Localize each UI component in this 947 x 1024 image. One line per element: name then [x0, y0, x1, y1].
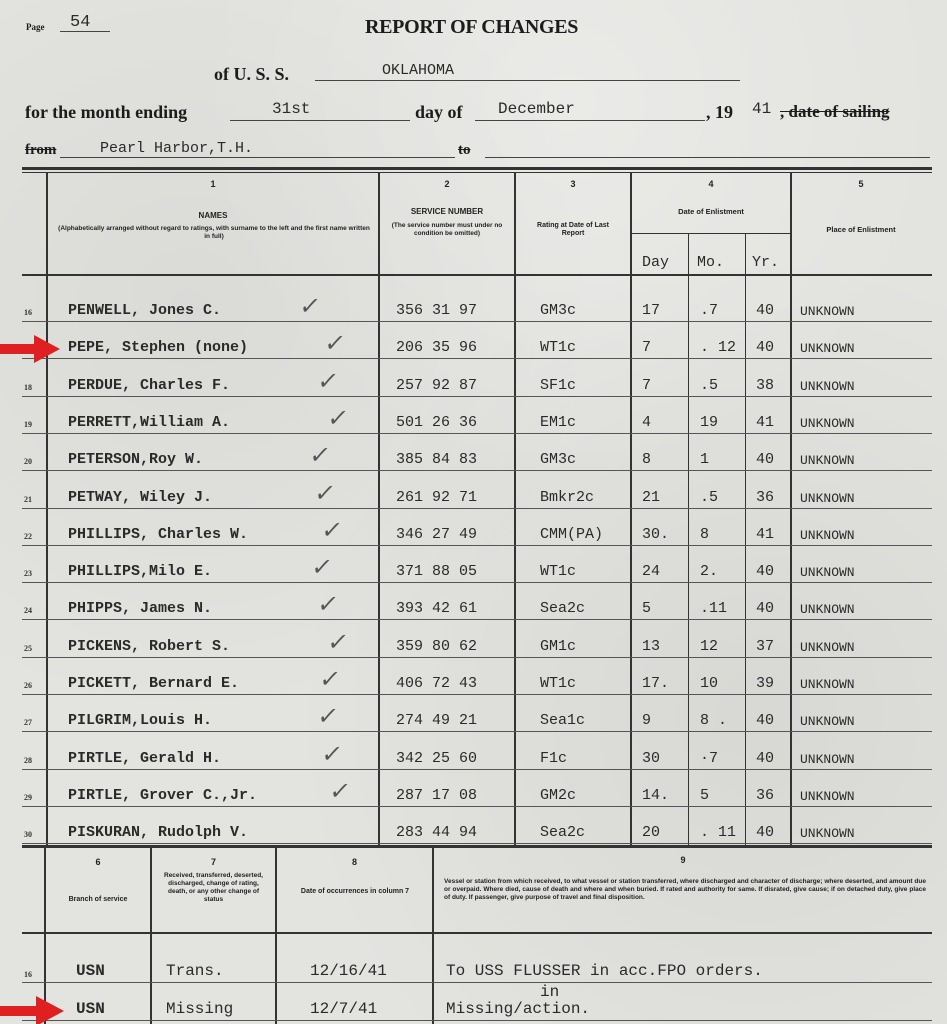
day-value: 31st	[272, 100, 310, 118]
row-number: 16	[24, 970, 32, 979]
month-value: December	[498, 100, 575, 118]
cell-name: PHIPPS, James N.	[68, 600, 212, 617]
cell-rating: CMM(PA)	[540, 526, 603, 543]
page-number: 54	[70, 13, 90, 32]
cell-date: 12/7/41	[310, 1000, 377, 1018]
cell-rating: GM1c	[540, 638, 576, 655]
cell-day: 20	[642, 824, 660, 841]
cell-day: 21	[642, 489, 660, 506]
cell-remarks: Missing/action.	[446, 1000, 590, 1018]
cell-rating: GM2c	[540, 787, 576, 804]
check-mark-icon: ✓	[318, 665, 343, 693]
cell-place: UNKNOWN	[800, 752, 855, 767]
col1-note: (Alphabetically arranged without regard …	[55, 225, 373, 241]
cell-branch: USN	[76, 1000, 105, 1018]
col2-number: 2	[380, 180, 514, 188]
col2-title: SERVICE NUMBER	[380, 208, 514, 216]
upper-col-border-3	[630, 173, 632, 845]
row-number: 16	[24, 308, 32, 317]
row-rule	[22, 321, 932, 322]
col6-title: Branch of service	[46, 896, 150, 904]
cell-place: UNKNOWN	[800, 416, 855, 431]
cell-day: 8	[642, 451, 651, 468]
cell-mo: .7	[700, 302, 718, 319]
cell-rating: WT1c	[540, 675, 576, 692]
cell-service: 356 31 97	[396, 302, 477, 319]
col4-sub-day: Day	[642, 254, 669, 271]
col4-number: 4	[632, 180, 790, 188]
cell-service: 406 72 43	[396, 675, 477, 692]
upper-col-border-4	[688, 234, 689, 845]
cell-service: 257 92 87	[396, 377, 477, 394]
ship-name-underline	[315, 80, 740, 81]
cell-remarks: To USS FLUSSER in acc.FPO orders.	[446, 962, 763, 980]
col7-title: Received, transferred, deserted, dischar…	[160, 872, 267, 904]
day-underline	[230, 120, 410, 121]
check-mark-icon: ✓	[310, 553, 335, 581]
ship-name: OKLAHOMA	[382, 62, 454, 79]
cell-yr: 41	[756, 414, 774, 431]
cell-name: PERDUE, Charles F.	[68, 377, 230, 394]
row-number: 22	[24, 532, 32, 541]
upper-col-border-0	[46, 173, 48, 845]
row-rule	[22, 1020, 932, 1021]
cell-rating: F1c	[540, 750, 567, 767]
cell-name: PETERSON,Roy W.	[68, 451, 203, 468]
cell-yr: 38	[756, 377, 774, 394]
lower-col-border-3	[432, 848, 434, 1024]
cell-place: UNKNOWN	[800, 379, 855, 394]
cell-day: 14.	[642, 787, 669, 804]
check-mark-icon: ✓	[308, 441, 333, 469]
cell-rating: WT1c	[540, 339, 576, 356]
col9-title: Vessel or station from which received, t…	[444, 878, 926, 902]
upper-header-bottom-border	[22, 274, 932, 276]
cell-name: PIRTLE, Grover C.,Jr.	[68, 787, 257, 804]
cell-rating: Sea2c	[540, 600, 585, 617]
check-mark-icon: ✓	[328, 777, 353, 805]
cell-place: UNKNOWN	[800, 789, 855, 804]
row-number: 26	[24, 681, 32, 690]
cell-name: PHILLIPS, Charles W.	[68, 526, 248, 543]
cell-rating: SF1c	[540, 377, 576, 394]
cell-yr: 39	[756, 675, 774, 692]
page-number-underline	[60, 31, 110, 32]
cell-rating: WT1c	[540, 563, 576, 580]
cell-day: 7	[642, 377, 651, 394]
cell-day: 30.	[642, 526, 669, 543]
row-number: 20	[24, 457, 32, 466]
row-rule	[22, 508, 932, 509]
cell-service: 342 25 60	[396, 750, 477, 767]
cell-place: UNKNOWN	[800, 528, 855, 543]
check-mark-icon: ✓	[316, 702, 341, 730]
cell-rating: GM3c	[540, 302, 576, 319]
cell-mo: 8 .	[700, 712, 727, 729]
row-rule	[22, 731, 932, 732]
cell-mo: ·7	[700, 750, 718, 767]
cell-yr: 40	[756, 302, 774, 319]
cell-status: Missing	[166, 1000, 233, 1018]
cell-name: PISKURAN, Rudolph V.	[68, 824, 248, 841]
cell-yr: 36	[756, 489, 774, 506]
col4-sub-year: Yr.	[752, 254, 779, 271]
cell-mo: 10	[700, 675, 718, 692]
check-mark-icon: ✓	[326, 628, 351, 656]
cell-yr: 40	[756, 824, 774, 841]
cell-service: 501 26 36	[396, 414, 477, 431]
col6-number: 6	[46, 858, 150, 866]
col8-title: Date of occurrences in column 7	[300, 888, 410, 896]
cell-day: 24	[642, 563, 660, 580]
cell-service: 346 27 49	[396, 526, 477, 543]
lower-col-border-1	[150, 848, 152, 1024]
cell-yr: 40	[756, 563, 774, 580]
cell-name: PHILLIPS,Milo E.	[68, 563, 212, 580]
col4-sub-month: Mo.	[697, 254, 724, 271]
day-of-label: day of	[415, 102, 463, 123]
lower-header-bottom-border	[22, 932, 932, 934]
date-of-sailing-label: , date of sailing	[780, 102, 890, 122]
row-rule	[22, 982, 932, 983]
cell-rating: Bmkr2c	[540, 489, 594, 506]
red-arrow-icon	[0, 335, 60, 363]
cell-branch: USN	[76, 962, 105, 980]
cell-place: UNKNOWN	[800, 304, 855, 319]
row-number: 21	[24, 495, 32, 504]
cell-mo: 5	[700, 787, 709, 804]
cell-mo: .5	[700, 489, 718, 506]
from-underline	[60, 157, 455, 158]
cell-service: 287 17 08	[396, 787, 477, 804]
document-title: REPORT OF CHANGES	[365, 16, 578, 39]
check-mark-icon: ✓	[320, 516, 345, 544]
row-number: 24	[24, 606, 32, 615]
cell-yr: 36	[756, 787, 774, 804]
to-label: to	[458, 142, 471, 159]
cell-service: 206 35 96	[396, 339, 477, 356]
col8-number: 8	[277, 858, 432, 866]
row-number: 18	[24, 383, 32, 392]
cell-service: 393 42 61	[396, 600, 477, 617]
cell-day: 17.	[642, 675, 669, 692]
cell-day: 7	[642, 339, 651, 356]
cell-name: PICKENS, Robert S.	[68, 638, 230, 655]
cell-day: 17	[642, 302, 660, 319]
cell-day: 13	[642, 638, 660, 655]
cell-place: UNKNOWN	[800, 602, 855, 617]
cell-yr: 37	[756, 638, 774, 655]
check-mark-icon: ✓	[316, 590, 341, 618]
cell-yr: 40	[756, 600, 774, 617]
col5-title: Place of Enlistment	[792, 226, 930, 234]
to-underline	[485, 157, 930, 158]
col7-number: 7	[152, 858, 275, 866]
cell-place: UNKNOWN	[800, 714, 855, 729]
cell-service: 261 92 71	[396, 489, 477, 506]
row-number: 19	[24, 420, 32, 429]
cell-mo: 8	[700, 526, 709, 543]
check-mark-icon: ✓	[323, 329, 348, 357]
check-mark-icon: ✓	[326, 404, 351, 432]
page-label: Page	[26, 22, 45, 32]
col2-note: (The service number must under no condit…	[390, 222, 504, 238]
row-rule	[22, 806, 932, 807]
cell-name: PEPE, Stephen (none)	[68, 339, 248, 356]
cell-name: PILGRIM,Louis H.	[68, 712, 212, 729]
year-suffix: 41	[752, 100, 771, 118]
cell-place: UNKNOWN	[800, 677, 855, 692]
row-rule	[22, 582, 932, 583]
row-rule	[22, 694, 932, 695]
col4-title: Date of Enlistment	[632, 208, 790, 216]
cell-place: UNKNOWN	[800, 341, 855, 356]
upper-col-border-2	[514, 173, 516, 845]
ship-label: of U. S. S.	[214, 64, 289, 85]
cell-day: 30	[642, 750, 660, 767]
cell-place: UNKNOWN	[800, 565, 855, 580]
cell-day: 5	[642, 600, 651, 617]
cell-mo: .11	[700, 600, 727, 617]
cell-service: 274 49 21	[396, 712, 477, 729]
col1-title: NAMES	[48, 212, 378, 220]
upper-col-border-5	[745, 234, 746, 845]
red-arrow-icon	[0, 996, 60, 1024]
cell-rating: GM3c	[540, 451, 576, 468]
cell-yr: 40	[756, 339, 774, 356]
from-value: Pearl Harbor,T.H.	[100, 140, 253, 157]
cell-place: UNKNOWN	[800, 826, 855, 841]
upper-table-top-border-2	[22, 172, 932, 173]
check-mark-icon: ✓	[320, 740, 345, 768]
cell-service: 359 80 62	[396, 638, 477, 655]
row-rule	[22, 396, 932, 397]
row-rule	[22, 358, 932, 359]
cell-mo: . 12	[700, 339, 736, 356]
row-number: 30	[24, 830, 32, 839]
col5-number: 5	[792, 180, 930, 188]
row-number: 29	[24, 793, 32, 802]
col3-number: 3	[516, 180, 630, 188]
lower-col-border-2	[275, 848, 277, 1024]
cell-status: Trans.	[166, 962, 224, 980]
cell-day: 9	[642, 712, 651, 729]
row-rule	[22, 545, 932, 546]
cell-name: PICKETT, Bernard E.	[68, 675, 239, 692]
cell-yr: 40	[756, 750, 774, 767]
cell-name: PERRETT,William A.	[68, 414, 230, 431]
upper-col-border-6	[790, 173, 792, 845]
col9-number: 9	[434, 856, 932, 864]
month-underline	[475, 120, 705, 121]
cell-date: 12/16/41	[310, 962, 387, 980]
row-number: 23	[24, 569, 32, 578]
cell-service: 371 88 05	[396, 563, 477, 580]
check-mark-icon: ✓	[316, 367, 341, 395]
row-rule	[22, 470, 932, 471]
cell-yr: 40	[756, 712, 774, 729]
cell-place: UNKNOWN	[800, 453, 855, 468]
check-mark-icon: ✓	[298, 292, 323, 320]
cell-mo: 19	[700, 414, 718, 431]
col1-number: 1	[48, 180, 378, 188]
cell-rating: EM1c	[540, 414, 576, 431]
row-rule	[22, 619, 932, 620]
cell-mo: 12	[700, 638, 718, 655]
col3-title: Rating at Date of Last Report	[530, 222, 616, 238]
cell-mo: . 11	[700, 824, 736, 841]
cell-yr: 40	[756, 451, 774, 468]
row-rule	[22, 433, 932, 434]
cell-name: PETWAY, Wiley J.	[68, 489, 212, 506]
cell-name: PIRTLE, Gerald H.	[68, 750, 221, 767]
cell-name: PENWELL, Jones C.	[68, 302, 221, 319]
upper-col-border-1	[378, 173, 380, 845]
cell-mo: .5	[700, 377, 718, 394]
date-subheader-border	[630, 233, 790, 234]
row-number: 27	[24, 718, 32, 727]
cell-yr: 41	[756, 526, 774, 543]
upper-table-top-border	[22, 167, 932, 170]
check-mark-icon: ✓	[313, 479, 338, 507]
row-number: 25	[24, 644, 32, 653]
cell-place: UNKNOWN	[800, 491, 855, 506]
row-rule	[22, 769, 932, 770]
cell-remarks-insert: in	[540, 983, 559, 1001]
cell-place: UNKNOWN	[800, 640, 855, 655]
cell-service: 385 84 83	[396, 451, 477, 468]
row-rule	[22, 657, 932, 658]
cell-day: 4	[642, 414, 651, 431]
cell-mo: 1	[700, 451, 709, 468]
lower-table-top-border	[22, 845, 932, 848]
cell-service: 283 44 94	[396, 824, 477, 841]
month-ending-label: for the month ending	[25, 102, 187, 123]
cell-rating: Sea2c	[540, 824, 585, 841]
cell-mo: 2.	[700, 563, 718, 580]
from-label: from	[25, 142, 56, 159]
row-number: 28	[24, 756, 32, 765]
cell-rating: Sea1c	[540, 712, 585, 729]
year-prefix: , 19	[706, 102, 733, 123]
